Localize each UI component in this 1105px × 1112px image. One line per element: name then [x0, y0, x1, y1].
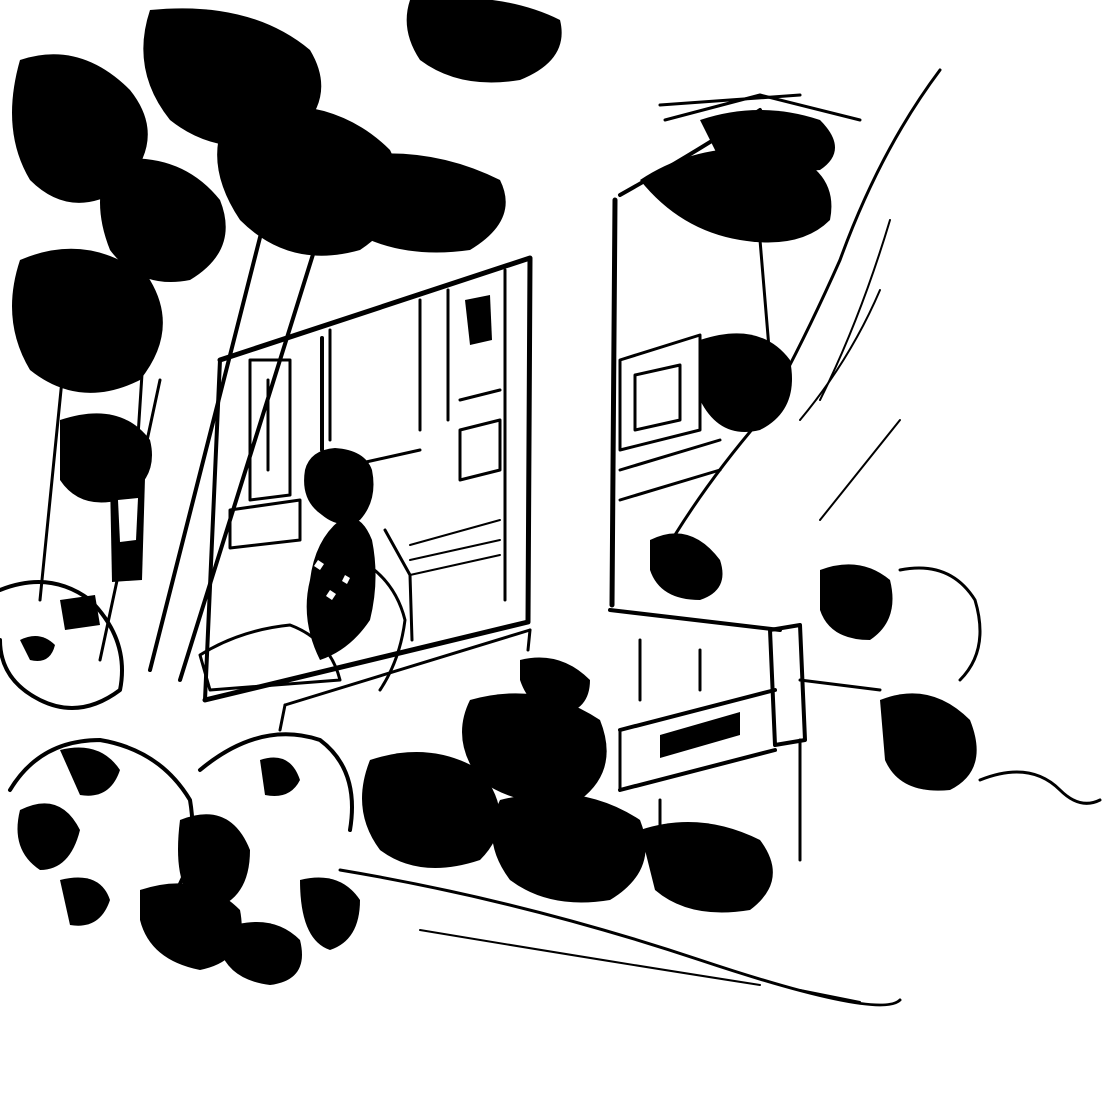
illustration-canvas: [0, 0, 1105, 1112]
